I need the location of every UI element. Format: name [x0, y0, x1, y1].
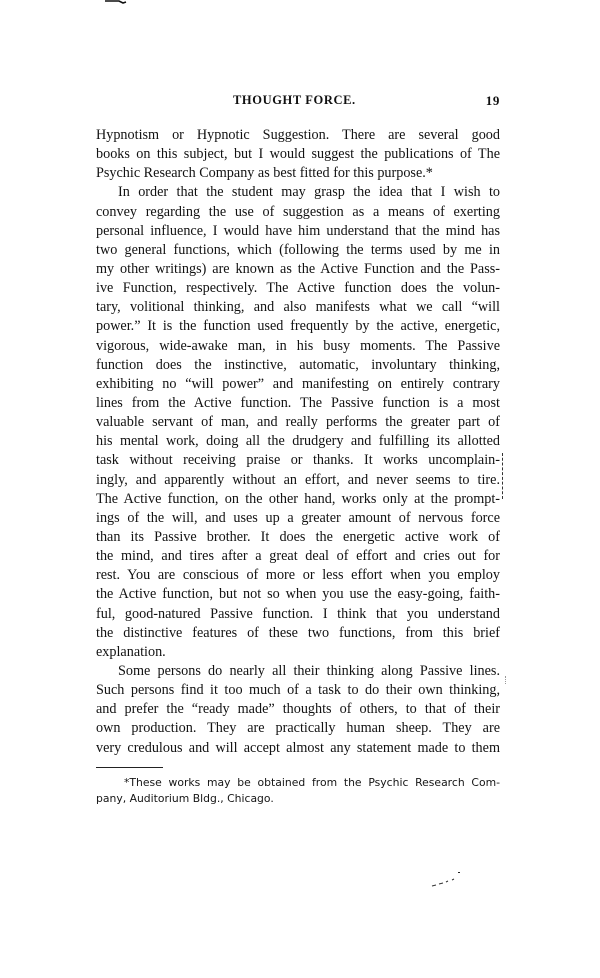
text-line: his mental work, doing all the drudgery … [96, 432, 500, 451]
scan-artifact-dots [430, 870, 490, 890]
text-line: explanation. [96, 643, 500, 662]
text-line: Psychic Research Company as best fitted … [96, 164, 500, 183]
text-line: very credulous and will accept almost an… [96, 739, 500, 758]
text-line: exhibiting no “will power” and manifesti… [96, 375, 500, 394]
text-line: Such persons find it too much of a task … [96, 681, 500, 700]
text-line: own production. They are practically hum… [96, 719, 500, 738]
text-line: vigorous, wide-awake man, in his busy mo… [96, 337, 500, 356]
text-line: lines from the Active function. The Pass… [96, 394, 500, 413]
footnote-rule [96, 767, 163, 768]
text-line: Hypnotism or Hypnotic Suggestion. There … [96, 126, 500, 145]
scan-artifact-mark [105, 0, 127, 5]
page-number: 19 [486, 93, 500, 109]
margin-bracket-mark [502, 453, 507, 499]
text-line: rest. You are conscious of more or less … [96, 566, 500, 585]
body-text: Hypnotism or Hypnotic Suggestion. There … [96, 126, 500, 758]
text-line: valuable servant of man, and really perf… [96, 413, 500, 432]
text-line: the Active function, but not so when you… [96, 585, 500, 604]
text-line: two general functions, which (following … [96, 241, 500, 260]
text-line: function does the instinctive, automatic… [96, 356, 500, 375]
text-line: In order that the student may grasp the … [96, 183, 500, 202]
text-line: the distinctive features of these two fu… [96, 624, 500, 643]
text-line: my other writings) are known as the Acti… [96, 260, 500, 279]
text-line: convey regarding the use of suggestion a… [96, 203, 500, 222]
text-line: the mind, and tires after a great deal o… [96, 547, 500, 566]
text-line: ive Function, respectively. The Active f… [96, 279, 500, 298]
text-line: than its Passive brother. It does the en… [96, 528, 500, 547]
book-page: THOUGHT FORCE. 19 Hypnotism or Hypnotic … [0, 0, 600, 978]
footnote-line: pany, Auditorium Bldg., Chicago. [96, 791, 500, 807]
running-title: THOUGHT FORCE. [233, 93, 356, 108]
text-line: task without receiving praise or thanks.… [96, 451, 500, 470]
text-line: ings of the will, and uses up a greater … [96, 509, 500, 528]
text-line: ful, good-natured Passive function. I th… [96, 605, 500, 624]
text-line: tary, volitional thinking, and also mani… [96, 298, 500, 317]
margin-dot-mark [505, 676, 508, 684]
text-line: and prefer the “ready made” thoughts of … [96, 700, 500, 719]
running-head: THOUGHT FORCE. 19 [96, 93, 500, 111]
footnote: *These works may be obtained from the Ps… [96, 775, 500, 807]
text-line: Some persons do nearly all their thinkin… [96, 662, 500, 681]
text-line: books on this subject, but I would sugge… [96, 145, 500, 164]
text-line: power.” It is the function used frequent… [96, 317, 500, 336]
text-line: ingly, and apparently without an effort,… [96, 471, 500, 490]
text-line: personal influence, I would have him und… [96, 222, 500, 241]
footnote-line: *These works may be obtained from the Ps… [96, 775, 500, 791]
text-line: The Active function, on the other hand, … [96, 490, 500, 509]
